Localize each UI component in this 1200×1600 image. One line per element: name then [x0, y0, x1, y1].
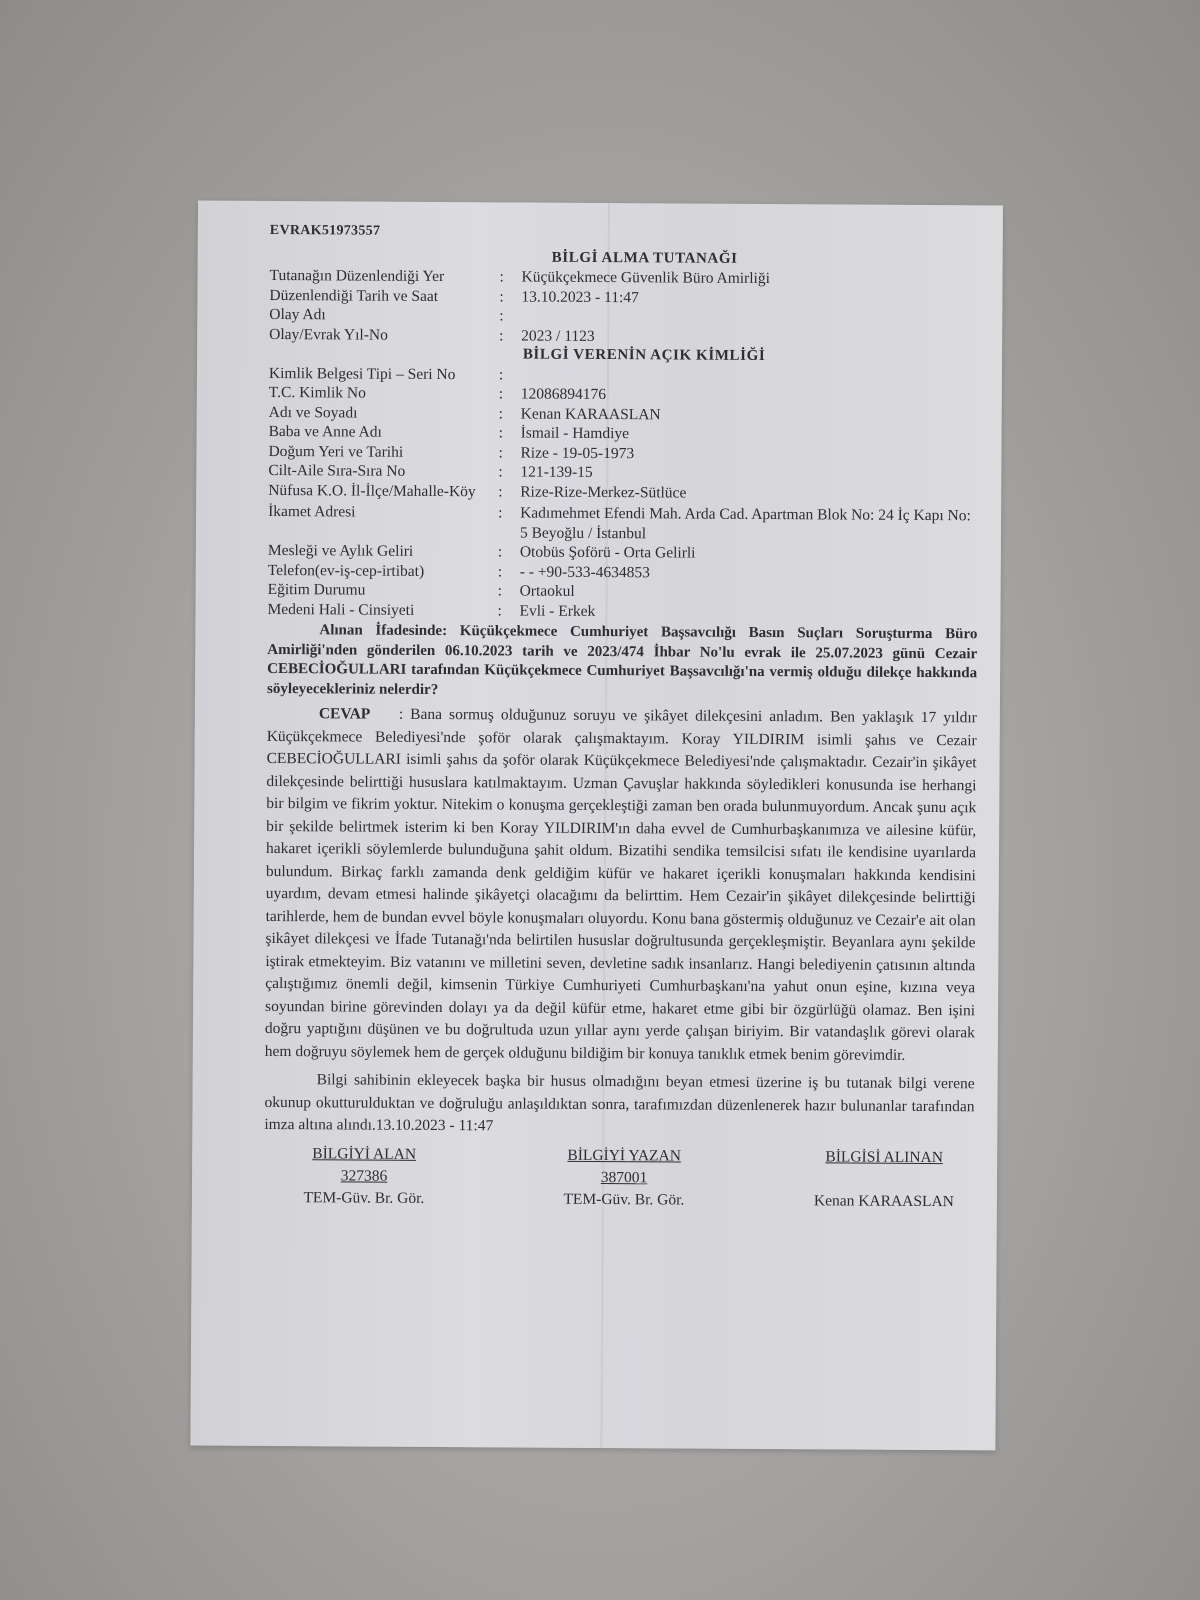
- document-page: EVRAK51973557 BİLGİ ALMA TUTANAĞI Tutana…: [190, 201, 1003, 1451]
- signature-block: BİLGİYİ ALAN 327386 TEM-Güv. Br. Gör. Bİ…: [264, 1142, 974, 1212]
- evrak-number: EVRAK51973557: [270, 221, 980, 245]
- answer-text: : Bana sormuş olduğunuz soruyu ve şikâye…: [265, 706, 977, 1064]
- meta-label: Düzenlendiği Tarih ve Saat: [269, 285, 499, 306]
- identity-label: İkamet Adresi: [268, 502, 498, 542]
- identity-label: Telefon(ev-iş-cep-irtibat): [268, 560, 498, 581]
- identity-value: Rize-Rize-Merkez-Sütlüce: [520, 482, 978, 504]
- document-content: EVRAK51973557 BİLGİ ALMA TUTANAĞI Tutana…: [264, 221, 980, 1213]
- meta-label: Tutanağın Düzenlendiği Yer: [269, 266, 499, 287]
- signature-title: BİLGİYİ YAZAN: [514, 1144, 734, 1167]
- identity-label: Kimlik Belgesi Tipi – Seri No: [269, 363, 499, 384]
- identity-row: Nüfusa K.O. İl-İlçe/Mahalle-Köy:Rize-Riz…: [268, 480, 978, 504]
- closing-paragraph: Bilgi sahibinin ekleyecek başka bir husu…: [264, 1069, 974, 1141]
- question-text: Alınan İfadesinde: Küçükçekmece Cumhuriy…: [267, 622, 977, 697]
- meta-section: Tutanağın Düzenlendiği Yer:Küçükçekmece …: [269, 266, 979, 348]
- signature-informant: BİLGİSİ ALINAN Kenan KARAASLAN: [774, 1146, 994, 1213]
- signature-role: TEM-Güv. Br. Gör.: [254, 1186, 474, 1209]
- signature-number: 387001: [514, 1166, 734, 1189]
- signature-writer: BİLGİYİ YAZAN 387001 TEM-Güv. Br. Gör.: [514, 1144, 734, 1211]
- identity-label: Nüfusa K.O. İl-İlçe/Mahalle-Köy: [268, 480, 498, 501]
- identity-value: Evli - Erkek: [519, 601, 977, 623]
- identity-label: Eğitim Durumu: [268, 580, 498, 601]
- signature-role: Kenan KARAASLAN: [774, 1190, 994, 1213]
- signature-title: BİLGİYİ ALAN: [254, 1142, 474, 1165]
- signature-receiver: BİLGİYİ ALAN 327386 TEM-Güv. Br. Gör.: [254, 1142, 474, 1209]
- answer-label: CEVAP: [319, 703, 399, 726]
- signature-role: TEM-Güv. Br. Gör.: [514, 1188, 734, 1211]
- closing-text: Bilgi sahibinin ekleyecek başka bir husu…: [264, 1071, 974, 1134]
- meta-label: Olay/Evrak Yıl-No: [269, 324, 499, 345]
- question-paragraph: Alınan İfadesinde: Küçükçekmece Cumhuriy…: [267, 621, 977, 703]
- signature-number: 327386: [254, 1164, 474, 1187]
- identity-label: Mesleği ve Aylık Geliri: [268, 541, 498, 562]
- meta-label: Olay Adı: [269, 305, 499, 326]
- identity-section: Kimlik Belgesi Tipi – Seri No: T.C. Kiml…: [267, 363, 979, 623]
- identity-value: Kadımehmet Efendi Mah. Arda Cad. Apartma…: [520, 504, 978, 546]
- signature-title: BİLGİSİ ALINAN: [774, 1146, 994, 1169]
- answer-paragraph: CEVAP: Bana sormuş olduğunuz soruyu ve ş…: [265, 703, 977, 1067]
- identity-label: Medeni Hali - Cinsiyeti: [267, 599, 497, 620]
- identity-row: Medeni Hali - Cinsiyeti:Evli - Erkek: [267, 599, 977, 623]
- identity-label: Cilt-Aile Sıra-Sıra No: [268, 461, 498, 482]
- identity-row: İkamet Adresi:Kadımehmet Efendi Mah. Ard…: [268, 502, 978, 545]
- identity-label: Baba ve Anne Adı: [269, 422, 499, 443]
- identity-label: Doğum Yeri ve Tarihi: [268, 441, 498, 462]
- identity-label: Adı ve Soyadı: [269, 402, 499, 423]
- identity-label: T.C. Kimlik No: [269, 383, 499, 404]
